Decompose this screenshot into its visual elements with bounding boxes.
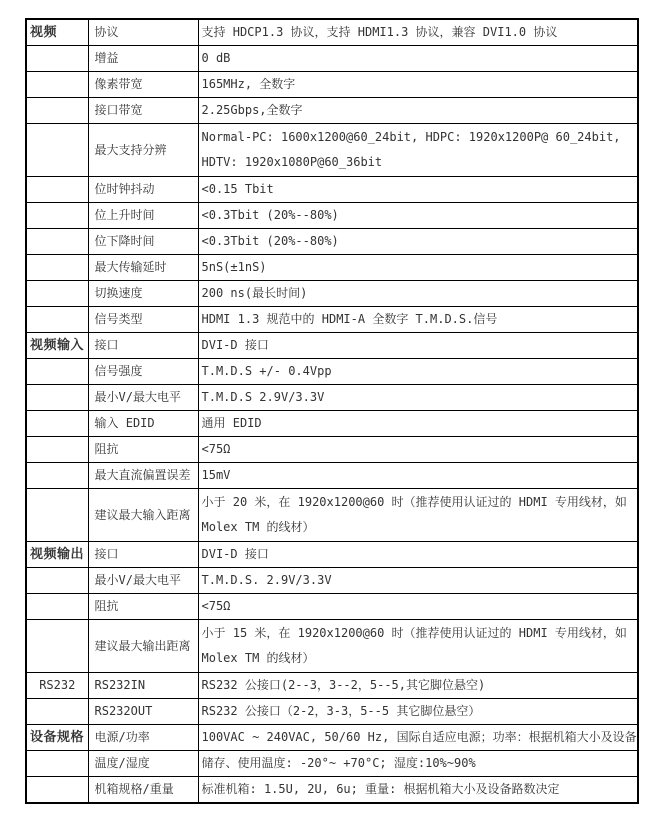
category-cell [26,620,88,673]
spec-page: 视频协议支持 HDCP1.3 协议，支持 HDMI1.3 协议，兼容 DVI1.… [0,0,658,820]
param-cell: 输入 EDID [88,411,198,437]
table-row: 温度/湿度储存、使用温度: -20°~ +70°C; 湿度:10%~90% [26,751,638,777]
value-cell: 0 dB [198,46,638,72]
value-cell: 100VAC ~ 240VAC, 50/60 Hz, 国际自适应电源；功率：根据… [198,725,638,751]
param-cell: 位时钟抖动 [88,177,198,203]
param-cell: 增益 [88,46,198,72]
value-cell: 储存、使用温度: -20°~ +70°C; 湿度:10%~90% [198,751,638,777]
param-cell: 接口 [88,542,198,568]
category-cell [26,72,88,98]
value-cell: <0.15 Tbit [198,177,638,203]
table-row: 切换速度200 ns(最长时间) [26,281,638,307]
value-cell: T.M.D.S. 2.9V/3.3V [198,568,638,594]
category-cell [26,751,88,777]
table-row: 视频输入接口DVI-D 接口 [26,333,638,359]
table-row: RS232OUTRS232 公接口（2-2，3-3，5--5 其它脚位悬空） [26,699,638,725]
spec-table: 视频协议支持 HDCP1.3 协议，支持 HDMI1.3 协议，兼容 DVI1.… [25,18,639,804]
param-cell: 建议最大输入距离 [88,489,198,542]
category-cell [26,281,88,307]
param-cell: 切换速度 [88,281,198,307]
value-cell: 15mV [198,463,638,489]
value-cell: 通用 EDID [198,411,638,437]
param-cell: 接口 [88,333,198,359]
table-row: 信号强度T.M.D.S +/- 0.4Vpp [26,359,638,385]
param-cell: 温度/湿度 [88,751,198,777]
value-cell: T.M.D.S +/- 0.4Vpp [198,359,638,385]
param-cell: 协议 [88,19,198,46]
value-cell: T.M.D.S 2.9V/3.3V [198,385,638,411]
table-row: 接口带宽2.25Gbps,全数字 [26,98,638,124]
table-row: 机箱规格/重量标准机箱: 1.5U, 2U, 6u; 重量: 根据机箱大小及设备… [26,777,638,804]
category-cell [26,489,88,542]
value-cell: <0.3Tbit (20%--80%) [198,203,638,229]
param-cell: 最小V/最大电平 [88,385,198,411]
param-cell: 位上升时间 [88,203,198,229]
category-cell: RS232 [26,673,88,699]
param-cell: 最大直流偏置误差 [88,463,198,489]
table-row: 位下降时间<0.3Tbit (20%--80%) [26,229,638,255]
value-cell: DVI-D 接口 [198,542,638,568]
table-row: 视频输出接口DVI-D 接口 [26,542,638,568]
value-cell: 小于 20 米，在 1920x1200@60 时（推荐使用认证过的 HDMI 专… [198,489,638,542]
value-cell: <75Ω [198,437,638,463]
value-cell: <75Ω [198,594,638,620]
param-cell: 阻抗 [88,594,198,620]
param-cell: 像素带宽 [88,72,198,98]
table-row: 信号类型HDMI 1.3 规范中的 HDMI-A 全数字 T.M.D.S.信号 [26,307,638,333]
table-row: 最小V/最大电平T.M.D.S. 2.9V/3.3V [26,568,638,594]
value-cell: 小于 15 米，在 1920x1200@60 时（推荐使用认证过的 HDMI 专… [198,620,638,673]
param-cell: 机箱规格/重量 [88,777,198,804]
value-cell: 标准机箱: 1.5U, 2U, 6u; 重量: 根据机箱大小及设备路数决定 [198,777,638,804]
category-cell: 设备规格 [26,725,88,751]
table-row: 增益0 dB [26,46,638,72]
table-row: 建议最大输出距离小于 15 米，在 1920x1200@60 时（推荐使用认证过… [26,620,638,673]
category-cell [26,177,88,203]
table-row: 输入 EDID通用 EDID [26,411,638,437]
param-cell: RS232OUT [88,699,198,725]
table-row: 最大直流偏置误差15mV [26,463,638,489]
table-row: 阻抗<75Ω [26,594,638,620]
category-cell [26,777,88,804]
value-cell: 2.25Gbps,全数字 [198,98,638,124]
table-row: 最大传输延时5nS(±1nS) [26,255,638,281]
category-cell [26,463,88,489]
category-cell: 视频 [26,19,88,46]
value-cell: RS232 公接口（2-2，3-3，5--5 其它脚位悬空） [198,699,638,725]
value-cell: 支持 HDCP1.3 协议，支持 HDMI1.3 协议，兼容 DVI1.0 协议 [198,19,638,46]
category-cell [26,98,88,124]
value-cell: DVI-D 接口 [198,333,638,359]
category-cell [26,385,88,411]
param-cell: 最大支持分辨 [88,124,198,177]
table-row: RS232RS232INRS232 公接口(2--3，3--2，5--5,其它脚… [26,673,638,699]
value-cell: RS232 公接口(2--3，3--2，5--5,其它脚位悬空) [198,673,638,699]
value-cell: <0.3Tbit (20%--80%) [198,229,638,255]
category-cell [26,437,88,463]
category-cell [26,255,88,281]
table-row: 视频协议支持 HDCP1.3 协议，支持 HDMI1.3 协议，兼容 DVI1.… [26,19,638,46]
value-cell: 200 ns(最长时间) [198,281,638,307]
spec-table-body: 视频协议支持 HDCP1.3 协议，支持 HDMI1.3 协议，兼容 DVI1.… [26,19,638,803]
category-cell [26,124,88,177]
category-cell [26,46,88,72]
table-row: 建议最大输入距离小于 20 米，在 1920x1200@60 时（推荐使用认证过… [26,489,638,542]
param-cell: 信号类型 [88,307,198,333]
value-cell: HDMI 1.3 规范中的 HDMI-A 全数字 T.M.D.S.信号 [198,307,638,333]
table-row: 设备规格电源/功率100VAC ~ 240VAC, 50/60 Hz, 国际自适… [26,725,638,751]
value-cell: Normal-PC: 1600x1200@60_24bit, HDPC: 192… [198,124,638,177]
table-row: 位上升时间<0.3Tbit (20%--80%) [26,203,638,229]
param-cell: 电源/功率 [88,725,198,751]
value-cell: 5nS(±1nS) [198,255,638,281]
param-cell: RS232IN [88,673,198,699]
category-cell: 视频输出 [26,542,88,568]
category-cell [26,307,88,333]
category-cell [26,359,88,385]
table-row: 像素带宽165MHz, 全数字 [26,72,638,98]
category-cell [26,203,88,229]
table-row: 最小V/最大电平T.M.D.S 2.9V/3.3V [26,385,638,411]
table-row: 最大支持分辨Normal-PC: 1600x1200@60_24bit, HDP… [26,124,638,177]
table-row: 位时钟抖动<0.15 Tbit [26,177,638,203]
param-cell: 建议最大输出距离 [88,620,198,673]
param-cell: 位下降时间 [88,229,198,255]
param-cell: 阻抗 [88,437,198,463]
category-cell: 视频输入 [26,333,88,359]
table-row: 阻抗<75Ω [26,437,638,463]
param-cell: 最大传输延时 [88,255,198,281]
category-cell [26,594,88,620]
category-cell [26,699,88,725]
value-cell: 165MHz, 全数字 [198,72,638,98]
param-cell: 接口带宽 [88,98,198,124]
category-cell [26,568,88,594]
category-cell [26,229,88,255]
param-cell: 最小V/最大电平 [88,568,198,594]
param-cell: 信号强度 [88,359,198,385]
category-cell [26,411,88,437]
